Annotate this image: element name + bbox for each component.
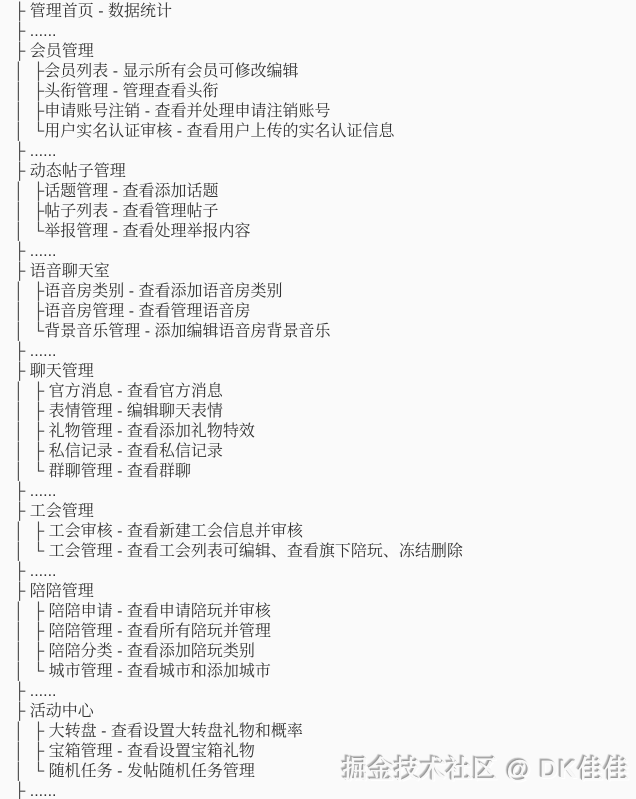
tree-item-row: │ ├ 陪陪分类 - 查看添加陪玩类别 bbox=[14, 642, 636, 662]
menu-label: 工会审核 bbox=[49, 523, 113, 540]
menu-desc: 查看群聊 bbox=[127, 463, 191, 480]
tree-branch-glyph: │ └ bbox=[14, 323, 44, 340]
tree-branch-glyph: ├ bbox=[14, 783, 30, 799]
separator: - bbox=[113, 423, 127, 440]
menu-label: 陪陪申请 bbox=[49, 603, 113, 620]
menu-label: 会员列表 bbox=[44, 63, 108, 80]
menu-desc: 查看设置宝箱礼物 bbox=[127, 743, 255, 760]
separator: - bbox=[124, 303, 138, 320]
menu-label: 语音房类别 bbox=[44, 283, 124, 300]
separator: - bbox=[140, 323, 154, 340]
tree-ellipsis-row: ├ ...... bbox=[14, 482, 636, 502]
tree-branch-glyph: │ └ bbox=[14, 463, 49, 480]
menu-label: 申请账号注销 bbox=[44, 103, 140, 120]
tree-branch-glyph: │ ├ bbox=[14, 403, 49, 420]
tree-item-row: │ ├会员列表 - 显示所有会员可修改编辑 bbox=[14, 62, 636, 82]
menu-desc: 查看添加礼物特效 bbox=[127, 423, 255, 440]
menu-label: 活动中心 bbox=[30, 703, 94, 720]
tree-section-row: ├ 会员管理 bbox=[14, 42, 636, 62]
separator: - bbox=[113, 543, 127, 560]
tree-ellipsis-row: ├ ...... bbox=[14, 562, 636, 582]
separator: - bbox=[113, 383, 127, 400]
menu-label: 用户实名认证审核 bbox=[44, 123, 172, 140]
tree-branch-glyph: ├ bbox=[14, 243, 30, 260]
tree-section-row: ├ 陪陪管理 bbox=[14, 582, 636, 602]
separator: - bbox=[113, 523, 127, 540]
tree-item-row: │ └举报管理 - 查看处理举报内容 bbox=[14, 222, 636, 242]
tree-item-row: │ ├话题管理 - 查看添加话题 bbox=[14, 182, 636, 202]
tree-branch-glyph: │ ├ bbox=[14, 383, 49, 400]
menu-label: 礼物管理 bbox=[49, 423, 113, 440]
admin-menu-tree: ├ 管理首页 - 数据统计 ├ ...... ├ 会员管理 │ ├会员列表 - … bbox=[0, 0, 636, 799]
tree-branch-glyph: │ ├ bbox=[14, 283, 44, 300]
tree-branch-glyph: ├ bbox=[14, 163, 30, 180]
menu-label: 帖子列表 bbox=[44, 203, 108, 220]
menu-desc: 查看添加语音房类别 bbox=[138, 283, 282, 300]
tree-branch-glyph: ├ bbox=[14, 363, 30, 380]
menu-desc: 查看私信记录 bbox=[127, 443, 223, 460]
menu-label: 官方消息 bbox=[49, 383, 113, 400]
menu-label: 表情管理 bbox=[49, 403, 113, 420]
tree-branch-glyph: │ └ bbox=[14, 663, 49, 680]
ellipsis-label: ...... bbox=[30, 563, 57, 580]
menu-desc: 查看城市和添加城市 bbox=[127, 663, 271, 680]
menu-desc: 查看申请陪玩并审核 bbox=[127, 603, 271, 620]
separator: - bbox=[113, 743, 127, 760]
menu-label: 会员管理 bbox=[30, 43, 94, 60]
separator: - bbox=[113, 763, 127, 780]
tree-item-row: │ └ 城市管理 - 查看城市和添加城市 bbox=[14, 662, 636, 682]
tree-section-row: ├ 工会管理 bbox=[14, 502, 636, 522]
separator: - bbox=[124, 283, 138, 300]
separator: - bbox=[172, 123, 186, 140]
menu-label: 动态帖子管理 bbox=[30, 163, 126, 180]
ellipsis-label: ...... bbox=[30, 483, 57, 500]
tree-branch-glyph: │ ├ bbox=[14, 723, 49, 740]
separator: - bbox=[113, 623, 127, 640]
tree-branch-glyph: ├ bbox=[14, 583, 30, 600]
tree-item-row: │ ├ 私信记录 - 查看私信记录 bbox=[14, 442, 636, 462]
menu-label: 背景音乐管理 bbox=[44, 323, 140, 340]
tree-item-row: │ ├ 工会审核 - 查看新建工会信息并审核 bbox=[14, 522, 636, 542]
menu-label: 管理首页 bbox=[30, 3, 94, 20]
tree-item-row: │ ├ 礼物管理 - 查看添加礼物特效 bbox=[14, 422, 636, 442]
menu-desc: 查看添加话题 bbox=[122, 183, 218, 200]
menu-desc: 查看处理举报内容 bbox=[122, 223, 250, 240]
tree-branch-glyph: │ └ bbox=[14, 543, 49, 560]
tree-item-row: │ ├语音房类别 - 查看添加语音房类别 bbox=[14, 282, 636, 302]
tree-branch-glyph: │ ├ bbox=[14, 623, 49, 640]
menu-desc: 查看管理语音房 bbox=[138, 303, 250, 320]
tree-item-row: │ └背景音乐管理 - 添加编辑语音房背景音乐 bbox=[14, 322, 636, 342]
tree-branch-glyph: ├ bbox=[14, 3, 30, 20]
tree-item-row: │ ├ 大转盘 - 查看设置大转盘礼物和概率 bbox=[14, 722, 636, 742]
tree-branch-glyph: ├ bbox=[14, 43, 30, 60]
menu-desc: 编辑聊天表情 bbox=[127, 403, 223, 420]
tree-branch-glyph: │ ├ bbox=[14, 643, 49, 660]
tree-branch-glyph: │ ├ bbox=[14, 443, 49, 460]
menu-label: 私信记录 bbox=[49, 443, 113, 460]
menu-label: 陪陪分类 bbox=[49, 643, 113, 660]
tree-branch-glyph: ├ bbox=[14, 703, 30, 720]
separator: - bbox=[113, 663, 127, 680]
menu-desc: 查看官方消息 bbox=[127, 383, 223, 400]
separator: - bbox=[108, 83, 122, 100]
menu-label: 头衔管理 bbox=[44, 83, 108, 100]
menu-desc: 发帖随机任务管理 bbox=[127, 763, 255, 780]
tree-branch-glyph: │ └ bbox=[14, 763, 49, 780]
tree-branch-glyph: │ ├ bbox=[14, 743, 49, 760]
tree-ellipsis-row: ├ ...... bbox=[14, 342, 636, 362]
menu-label: 群聊管理 bbox=[49, 463, 113, 480]
tree-branch-glyph: │ ├ bbox=[14, 183, 44, 200]
tree-section-row: ├ 动态帖子管理 bbox=[14, 162, 636, 182]
menu-label: 聊天管理 bbox=[30, 363, 94, 380]
tree-branch-glyph: │ ├ bbox=[14, 83, 44, 100]
menu-label: 宝箱管理 bbox=[49, 743, 113, 760]
separator: - bbox=[113, 603, 127, 620]
tree-branch-glyph: │ ├ bbox=[14, 423, 49, 440]
menu-label: 大转盘 bbox=[49, 723, 97, 740]
separator: - bbox=[113, 463, 127, 480]
separator: - bbox=[113, 403, 127, 420]
tree-item-row: │ ├ 表情管理 - 编辑聊天表情 bbox=[14, 402, 636, 422]
tree-item-row: │ ├语音房管理 - 查看管理语音房 bbox=[14, 302, 636, 322]
tree-branch-glyph: ├ bbox=[14, 143, 30, 160]
menu-desc: 查看设置大转盘礼物和概率 bbox=[111, 723, 303, 740]
menu-label: 陪陪管理 bbox=[30, 583, 94, 600]
ellipsis-label: ...... bbox=[30, 143, 57, 160]
separator: - bbox=[108, 63, 122, 80]
tree-branch-glyph: ├ bbox=[14, 563, 30, 580]
tree-item-row: │ ├帖子列表 - 查看管理帖子 bbox=[14, 202, 636, 222]
ellipsis-label: ...... bbox=[30, 343, 57, 360]
tree-section-row: ├ 活动中心 bbox=[14, 702, 636, 722]
separator: - bbox=[108, 183, 122, 200]
watermark: 掘金技术社区 @ DK佳佳 bbox=[343, 750, 630, 786]
tree-branch-glyph: │ ├ bbox=[14, 303, 44, 320]
menu-desc: 管理查看头衔 bbox=[122, 83, 218, 100]
tree-branch-glyph: │ └ bbox=[14, 223, 44, 240]
tree-section-row: ├ 语音聊天室 bbox=[14, 262, 636, 282]
tree-branch-glyph: ├ bbox=[14, 263, 30, 280]
menu-label: 城市管理 bbox=[49, 663, 113, 680]
tree-branch-glyph: ├ bbox=[14, 503, 30, 520]
tree-item-row: │ ├申请账号注销 - 查看并处理申请注销账号 bbox=[14, 102, 636, 122]
tree-item-row: │ ├ 官方消息 - 查看官方消息 bbox=[14, 382, 636, 402]
menu-desc: 显示所有会员可修改编辑 bbox=[122, 63, 298, 80]
tree-branch-glyph: │ ├ bbox=[14, 203, 44, 220]
tree-ellipsis-row: ├ ...... bbox=[14, 682, 636, 702]
tree-branch-glyph: ├ bbox=[14, 343, 30, 360]
tree-branch-glyph: │ └ bbox=[14, 123, 44, 140]
tree-section-row: ├ 管理首页 - 数据统计 bbox=[14, 2, 636, 22]
menu-desc: 查看用户上传的实名认证信息 bbox=[186, 123, 394, 140]
tree-ellipsis-row: ├ ...... bbox=[14, 242, 636, 262]
menu-desc: 添加编辑语音房背景音乐 bbox=[154, 323, 330, 340]
tree-item-row: │ ├ 陪陪申请 - 查看申请陪玩并审核 bbox=[14, 602, 636, 622]
menu-label: 工会管理 bbox=[30, 503, 94, 520]
tree-branch-glyph: │ ├ bbox=[14, 523, 49, 540]
menu-label: 语音房管理 bbox=[44, 303, 124, 320]
separator: - bbox=[108, 223, 122, 240]
ellipsis-label: ...... bbox=[30, 23, 57, 40]
separator: - bbox=[113, 443, 127, 460]
tree-item-row: │ ├头衔管理 - 管理查看头衔 bbox=[14, 82, 636, 102]
tree-item-row: │ ├ 陪陪管理 - 查看所有陪玩并管理 bbox=[14, 622, 636, 642]
separator: - bbox=[113, 643, 127, 660]
tree-item-row: │ └ 群聊管理 - 查看群聊 bbox=[14, 462, 636, 482]
tree-branch-glyph: ├ bbox=[14, 23, 30, 40]
tree-ellipsis-row: ├ ...... bbox=[14, 142, 636, 162]
menu-desc: 查看工会列表可编辑、查看旗下陪玩、冻结删除 bbox=[127, 543, 463, 560]
menu-desc: 查看管理帖子 bbox=[122, 203, 218, 220]
tree-item-row: │ └用户实名认证审核 - 查看用户上传的实名认证信息 bbox=[14, 122, 636, 142]
tree-section-row: ├ 聊天管理 bbox=[14, 362, 636, 382]
tree-ellipsis-row: ├ ...... bbox=[14, 22, 636, 42]
menu-desc: 查看新建工会信息并审核 bbox=[127, 523, 303, 540]
menu-desc: 查看添加陪玩类别 bbox=[127, 643, 255, 660]
ellipsis-label: ...... bbox=[30, 683, 57, 700]
tree-item-row: │ └ 工会管理 - 查看工会列表可编辑、查看旗下陪玩、冻结删除 bbox=[14, 542, 636, 562]
menu-desc: 数据统计 bbox=[108, 3, 172, 20]
tree-branch-glyph: ├ bbox=[14, 683, 30, 700]
menu-label: 随机任务 bbox=[49, 763, 113, 780]
menu-desc: 查看并处理申请注销账号 bbox=[154, 103, 330, 120]
ellipsis-label: ...... bbox=[30, 243, 57, 260]
tree-branch-glyph: │ ├ bbox=[14, 63, 44, 80]
ellipsis-label: ...... bbox=[30, 783, 57, 799]
menu-label: 工会管理 bbox=[49, 543, 113, 560]
menu-label: 陪陪管理 bbox=[49, 623, 113, 640]
menu-label: 语音聊天室 bbox=[30, 263, 110, 280]
separator: - bbox=[140, 103, 154, 120]
menu-label: 话题管理 bbox=[44, 183, 108, 200]
tree-branch-glyph: ├ bbox=[14, 483, 30, 500]
article-page: ├ 管理首页 - 数据统计 ├ ...... ├ 会员管理 │ ├会员列表 - … bbox=[0, 0, 636, 799]
tree-branch-glyph: │ ├ bbox=[14, 603, 49, 620]
separator: - bbox=[108, 203, 122, 220]
menu-label: 举报管理 bbox=[44, 223, 108, 240]
menu-desc: 查看所有陪玩并管理 bbox=[127, 623, 271, 640]
separator: - bbox=[97, 723, 111, 740]
separator: - bbox=[94, 3, 108, 20]
tree-branch-glyph: │ ├ bbox=[14, 103, 44, 120]
